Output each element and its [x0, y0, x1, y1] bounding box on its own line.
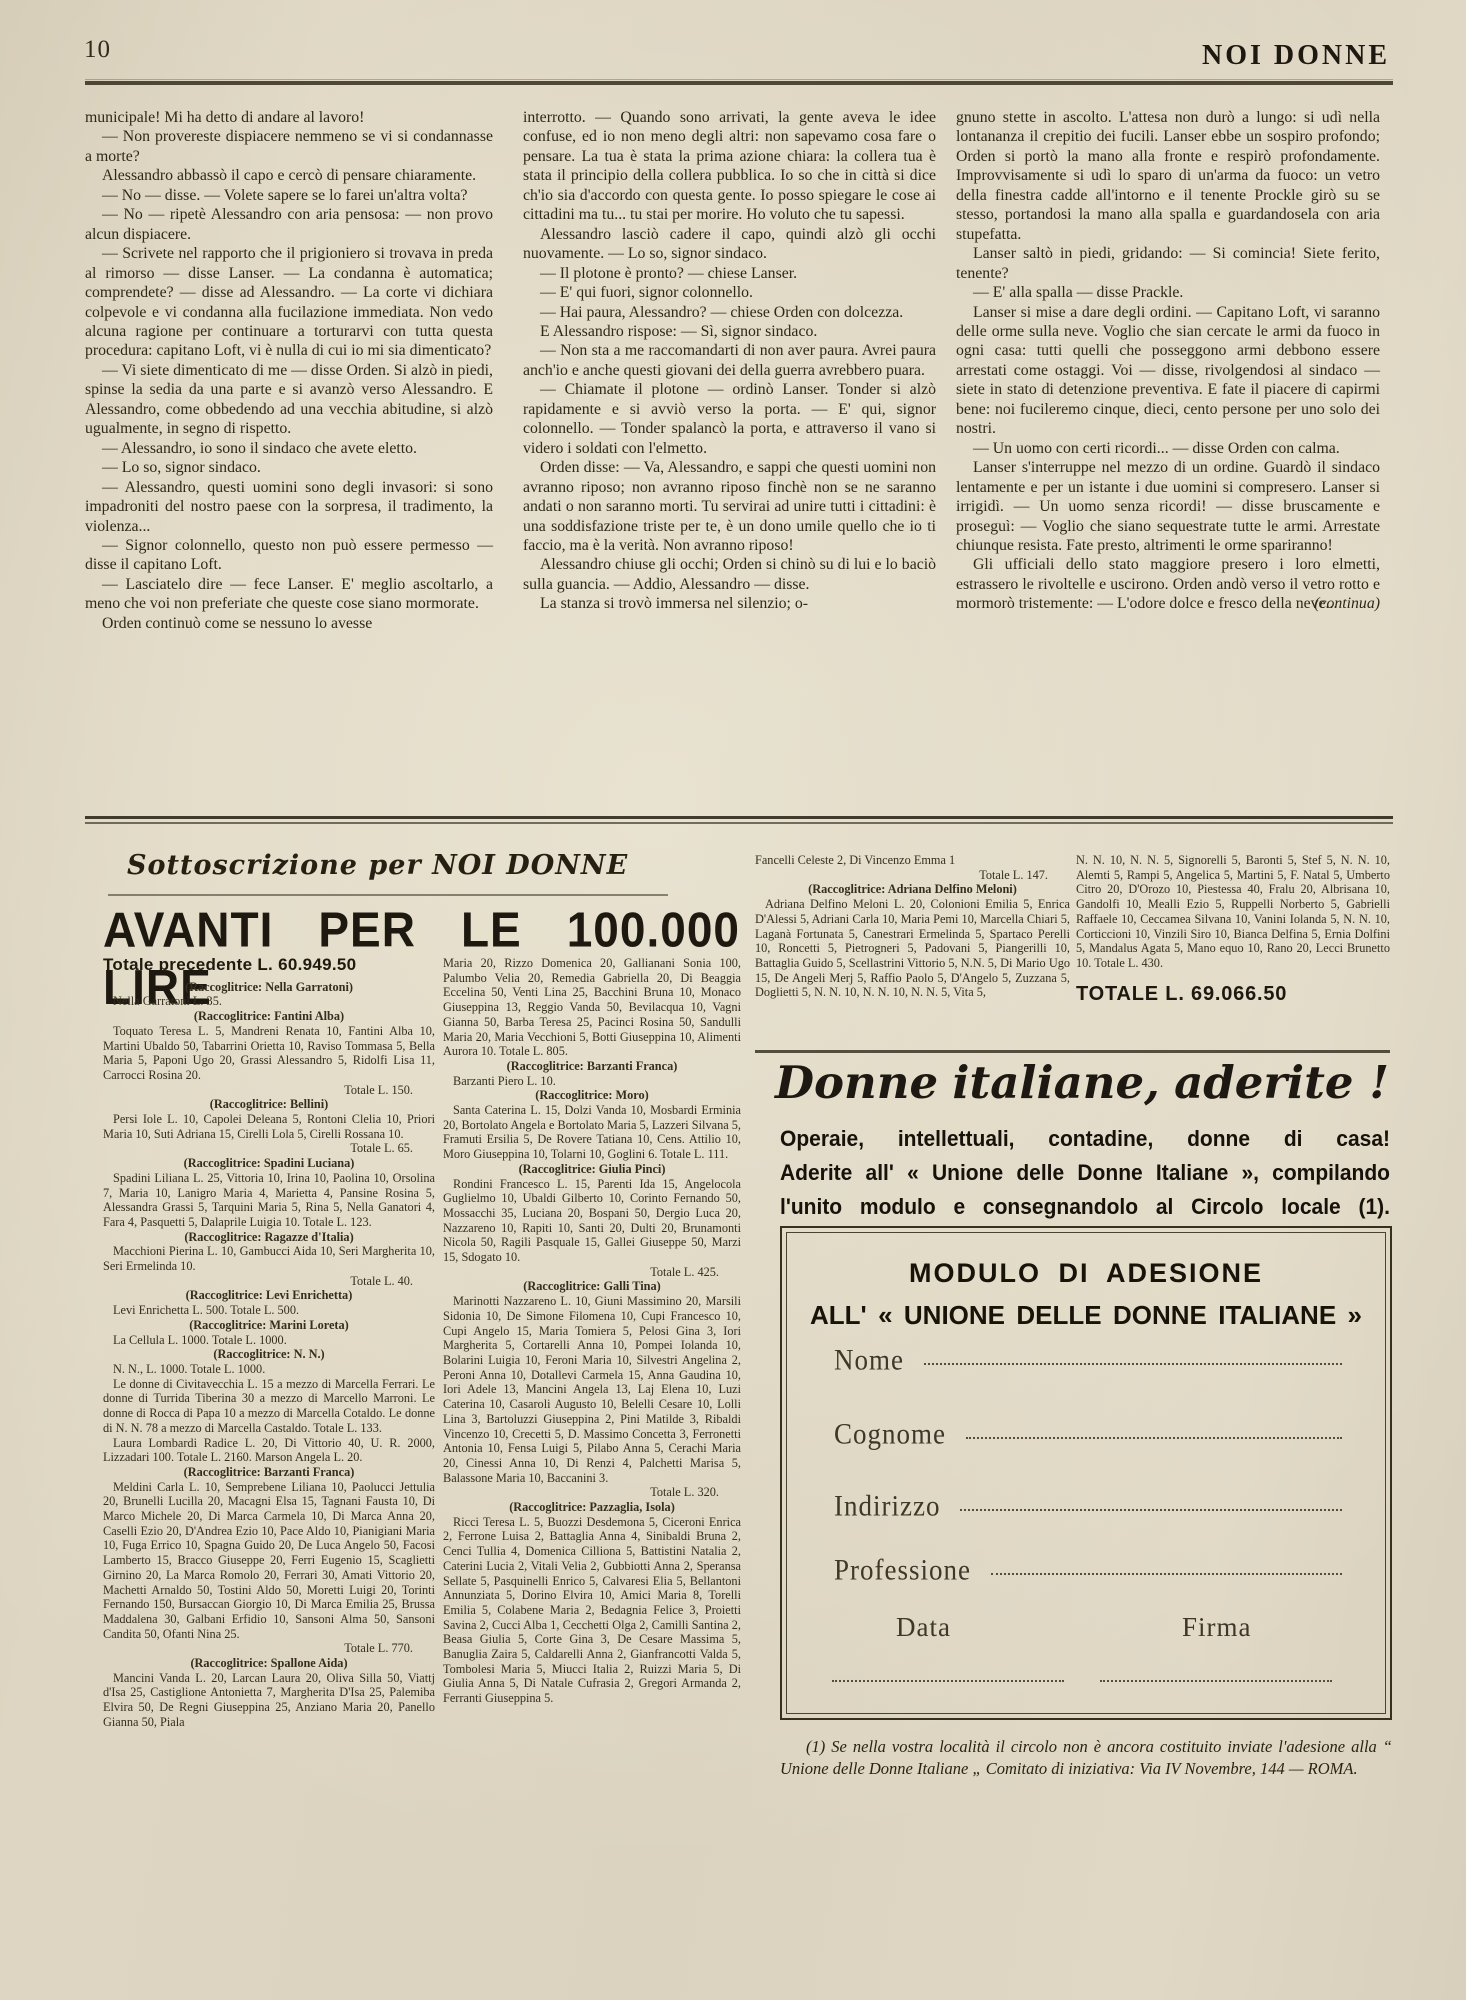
donor-block: Mancini Vanda L. 20, Larcan Laura 20, Ol…	[103, 1671, 435, 1730]
donor-block: (Raccoglitrice: Nella Garratoni)	[103, 980, 435, 995]
story-paragraph: — Non sta a me raccomandarti di non aver…	[523, 341, 936, 380]
cognome-input-line[interactable]	[966, 1437, 1342, 1439]
story-paragraph: Alessandro abbassò il capo e cercò di pe…	[85, 166, 493, 185]
donor-block: Spadini Liliana L. 25, Vittoria 10, Irin…	[103, 1171, 435, 1230]
form-row-nome: Nome	[834, 1346, 1342, 1377]
story-paragraph: — Lo so, signor sindaco.	[85, 458, 493, 477]
intro-line: l'unito modulo e consegnandolo al Circol…	[780, 1190, 1390, 1226]
donor-block: (Raccoglitrice: Levi Enrichetta)	[103, 1288, 435, 1303]
donor-block: (Raccoglitrice: Adriana Delfino Meloni)	[755, 882, 1070, 897]
story-paragraph: — No — ripetè Alessandro con aria pensos…	[85, 205, 493, 244]
header-rule	[85, 81, 1393, 85]
donor-block: Totale L. 147.	[755, 868, 1070, 883]
donor-block: Totale L. 65.	[103, 1141, 435, 1156]
story-paragraph: — Vi siete dimenticato di me — disse Ord…	[85, 361, 493, 439]
membership-intro: Operaie, intellettuali, contadine, donne…	[780, 1122, 1390, 1224]
story-paragraph: — Un uomo con certi ricordi... — disse O…	[956, 439, 1380, 458]
donor-block: Totale L. 40.	[103, 1274, 435, 1289]
membership-script-title: Donne italiane, aderite !	[775, 1056, 1389, 1109]
donor-block: (Raccoglitrice: Barzanti Franca)	[103, 1465, 435, 1480]
form-row-cognome: Cognome	[834, 1420, 1342, 1451]
story-paragraph: Lanser s'interruppe nel mezzo di un ordi…	[956, 458, 1380, 555]
section-divider-rule	[85, 816, 1393, 819]
membership-divider-rule	[755, 1050, 1390, 1053]
story-paragraph: — Alessandro, io sono il sindaco che ave…	[85, 439, 493, 458]
donor-list-column-1: Totale precedente L. 60.949.50(Raccoglit…	[103, 958, 435, 1730]
donor-block: La Cellula L. 1000. Totale L. 1000.	[103, 1333, 435, 1348]
donor-block: (Raccoglitrice: Spadini Luciana)	[103, 1156, 435, 1171]
donor-block: Totale L. 320.	[443, 1485, 741, 1500]
firma-input-line[interactable]	[1100, 1680, 1332, 1682]
donor-block: Laura Lombardi Radice L. 20, Di Vittorio…	[103, 1436, 435, 1465]
donor-block: (Raccoglitrice: Moro)	[443, 1088, 741, 1103]
kicker-underline	[108, 894, 668, 896]
story-column-1: municipale! Mi ha detto di andare al lav…	[85, 108, 493, 633]
story-paragraph: Lanser si mise a dare degli ordini. — Ca…	[956, 303, 1380, 439]
intro-line: Aderite all' « Unione delle Donne Italia…	[780, 1156, 1390, 1192]
donor-block: Totale L. 425.	[443, 1265, 741, 1280]
donor-block: (Raccoglitrice: Bellini)	[103, 1097, 435, 1112]
membership-footnote: (1) Se nella vostra località il circolo …	[780, 1736, 1392, 1780]
donor-block: (Raccoglitrice: Marini Loreta)	[103, 1318, 435, 1333]
story-paragraph: — E' alla spalla — disse Prackle.	[956, 283, 1380, 302]
story-paragraph: Orden disse: — Va, Alessandro, e sappi c…	[523, 458, 936, 555]
nome-input-line[interactable]	[924, 1363, 1342, 1365]
story-paragraph: Orden continuò come se nessuno lo avesse	[85, 614, 493, 633]
donor-block: N. N. 10, N. N. 5, Signorelli 5, Baronti…	[1076, 853, 1390, 971]
page-number: 10	[84, 36, 111, 64]
donor-block: (Raccoglitrice: Galli Tina)	[443, 1279, 741, 1294]
script-word: aderite !	[1174, 1056, 1389, 1109]
story-paragraph: — Hai paura, Alessandro? — chiese Orden …	[523, 303, 936, 322]
donor-block: N. N., L. 1000. Totale L. 1000.	[103, 1362, 435, 1377]
donor-block: (Raccoglitrice: Pazzaglia, Isola)	[443, 1500, 741, 1515]
script-word: italiane,	[952, 1056, 1159, 1109]
story-paragraph: Lanser saltò in piedi, gridando: — Si co…	[956, 244, 1380, 283]
story-paragraph: Alessandro chiuse gli occhi; Orden si ch…	[523, 555, 936, 594]
nome-label: Nome	[834, 1344, 904, 1377]
intro-line: Operaie, intellettuali, contadine, donne…	[780, 1122, 1390, 1158]
firma-label: Firma	[1182, 1612, 1252, 1643]
donor-block: Ricci Teresa L. 5, Buozzi Desdemona 5, C…	[443, 1515, 741, 1706]
donor-block: Totale L. 770.	[103, 1641, 435, 1656]
donor-list-column-2: Maria 20, Rizzo Domenica 20, Gallianani …	[443, 956, 741, 1706]
membership-form-box: MODULO DI ADESIONE ALL' « UNIONE DELLE D…	[780, 1226, 1392, 1720]
story-paragraph: gnuno stette in ascolto. L'attesa non du…	[956, 108, 1380, 244]
story-paragraph: — Lasciatelo dire — fece Lanser. E' megl…	[85, 575, 493, 614]
form-subtitle: ALL' « UNIONE DELLE DONNE ITALIANE »	[810, 1300, 1362, 1331]
donor-block: Meldini Carla L. 10, Semprebene Liliana …	[103, 1480, 435, 1642]
form-row-indirizzo: Indirizzo	[834, 1492, 1342, 1523]
donor-block: Rondini Francesco L. 15, Parenti Ida 15,…	[443, 1177, 741, 1265]
donor-block: Maria 20, Rizzo Domenica 20, Gallianani …	[443, 956, 741, 1059]
story-paragraph: Alessandro lasciò cadere il capo, quindi…	[523, 225, 936, 264]
donor-block: Macchioni Pierina L. 10, Gambucci Aida 1…	[103, 1244, 435, 1273]
donor-block: TOTALE L. 69.066.50	[1076, 987, 1390, 1002]
donor-block: Santa Caterina L. 15, Dolzi Vanda 10, Mo…	[443, 1103, 741, 1162]
donor-block: Persi Iole L. 10, Capolei Deleana 5, Ron…	[103, 1112, 435, 1141]
newspaper-page: 10 NOI DONNE municipale! Mi ha detto di …	[0, 0, 1466, 2000]
story-paragraph: — E' qui fuori, signor colonnello.	[523, 283, 936, 302]
story-paragraph: interrotto. — Quando sono arrivati, la g…	[523, 108, 936, 225]
script-word: Donne	[775, 1056, 938, 1109]
donor-block: (Raccoglitrice: Barzanti Franca)	[443, 1059, 741, 1074]
story-paragraph: — Il plotone è pronto? — chiese Lanser.	[523, 264, 936, 283]
story-paragraph: — Non provereste dispiacere nemmeno se v…	[85, 127, 493, 166]
donor-block: Toquato Teresa L. 5, Mandreni Renata 10,…	[103, 1024, 435, 1083]
story-paragraph: La stanza si trovò immersa nel silenzio;…	[523, 594, 936, 613]
donor-block: Marinotti Nazzareno L. 10, Giuni Massimi…	[443, 1294, 741, 1485]
story-paragraph: — Signor colonnello, questo non può esse…	[85, 536, 493, 575]
story-paragraph: — No — disse. — Volete sapere se lo fare…	[85, 186, 493, 205]
indirizzo-input-line[interactable]	[960, 1509, 1342, 1511]
donor-block: Totale L. 150.	[103, 1083, 435, 1098]
story-paragraph: E Alessandro rispose: — Sì, signor sinda…	[523, 322, 936, 341]
form-title: MODULO DI ADESIONE	[782, 1258, 1390, 1289]
story-column-3: gnuno stette in ascolto. L'attesa non du…	[956, 108, 1380, 614]
donor-block: Nella Garratoni L. 35.	[103, 994, 435, 1009]
story-paragraph: — Scrivete nel rapporto che il prigionie…	[85, 244, 493, 361]
professione-input-line[interactable]	[991, 1573, 1342, 1575]
donor-block: (Raccoglitrice: N. N.)	[103, 1347, 435, 1362]
donor-block: Levi Enrichetta L. 500. Totale L. 500.	[103, 1303, 435, 1318]
data-input-line[interactable]	[832, 1680, 1064, 1682]
data-label: Data	[896, 1612, 951, 1643]
donor-block: (Raccoglitrice: Fantini Alba)	[103, 1009, 435, 1024]
indirizzo-label: Indirizzo	[834, 1490, 940, 1523]
professione-label: Professione	[834, 1554, 971, 1587]
donor-block: (Raccoglitrice: Ragazze d'Italia)	[103, 1230, 435, 1245]
donor-block: Le donne di Civitavecchia L. 15 a mezzo …	[103, 1377, 435, 1436]
story-column-2: interrotto. — Quando sono arrivati, la g…	[523, 108, 936, 614]
subscription-kicker: Sottoscrizione per NOI DONNE	[127, 850, 628, 881]
form-row-professione: Professione	[834, 1556, 1342, 1587]
donor-block: Adriana Delfino Meloni L. 20, Colonioni …	[755, 897, 1070, 1000]
donor-block: Totale precedente L. 60.949.50	[103, 958, 435, 973]
donor-list-column-3: Fancelli Celeste 2, Di Vincenzo Emma 1To…	[755, 853, 1070, 1000]
donor-block: (Raccoglitrice: Spallone Aida)	[103, 1656, 435, 1671]
cognome-label: Cognome	[834, 1418, 946, 1451]
story-paragraph: — Chiamate il plotone — ordinò Lanser. T…	[523, 380, 936, 458]
donor-list-column-4: N. N. 10, N. N. 5, Signorelli 5, Baronti…	[1076, 853, 1390, 1001]
donor-block: (Raccoglitrice: Giulia Pinci)	[443, 1162, 741, 1177]
story-paragraph: municipale! Mi ha detto di andare al lav…	[85, 108, 493, 127]
story-paragraph: — Alessandro, questi uomini sono degli i…	[85, 478, 493, 536]
donor-block: Barzanti Piero L. 10.	[443, 1074, 741, 1089]
section-divider-rule-2	[85, 822, 1393, 824]
donor-block: Fancelli Celeste 2, Di Vincenzo Emma 1	[755, 853, 1070, 868]
masthead-title: NOI DONNE	[1202, 40, 1390, 72]
